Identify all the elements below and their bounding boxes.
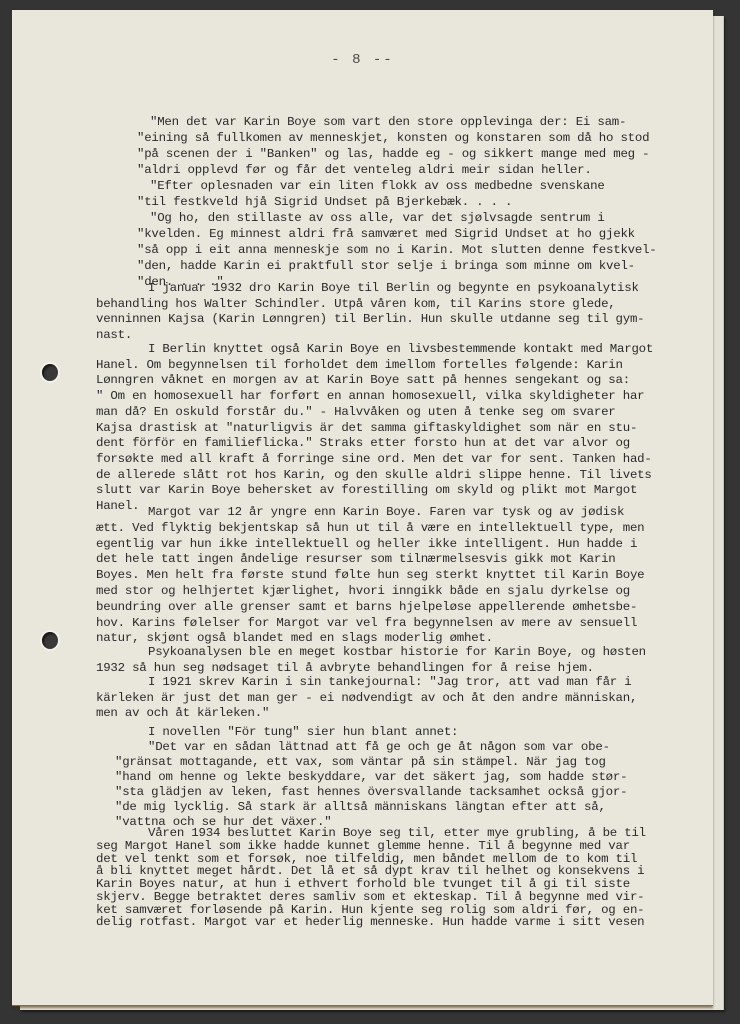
text-line: "den, hadde Karin ei praktfull stor selj… bbox=[137, 258, 635, 274]
text-line: I januar 1932 dro Karin Boye til Berlin … bbox=[148, 280, 639, 296]
text-line: "på scenen der i "Banken" og las, hadde … bbox=[137, 146, 649, 162]
text-line: Hanel. bbox=[96, 498, 139, 514]
text-line: det hele tatt ingen åndelige resurser so… bbox=[96, 551, 616, 567]
text-line: I Berlin knyttet også Karin Boye en livs… bbox=[148, 341, 653, 357]
text-line: "de mig lycklig. Så stark är alltså männ… bbox=[115, 799, 606, 815]
text-line: forsøkte med all kraft å forringe sine o… bbox=[96, 451, 652, 467]
text-line: "hand om henne og lekte beskyddare, var … bbox=[115, 769, 627, 785]
text-line: "til festkveld hjå Sigrid Undset på Bjer… bbox=[137, 194, 512, 210]
text-line: de allerede slått rot hos Karin, og den … bbox=[96, 467, 652, 483]
punch-hole-top bbox=[42, 364, 58, 381]
text-line: men av och åt kärleken." bbox=[96, 705, 269, 721]
text-line: Kajsa drastisk at "naturligvis är det sa… bbox=[96, 420, 637, 436]
text-line: Lønngren våknet en morgen av at Karin Bo… bbox=[96, 372, 630, 388]
text-line: nast. bbox=[96, 327, 132, 343]
text-line: "Det var en sådan lättnad att få ge och … bbox=[148, 739, 610, 755]
text-line: "gränsat mottagande, ett vax, som väntar… bbox=[115, 754, 606, 770]
text-line: egentlig var hun ikke intellektuell og h… bbox=[96, 536, 637, 552]
text-line: "Men det var Karin Boye som vart den sto… bbox=[150, 114, 626, 130]
text-line: "aldri opplevd før og får det venteleg a… bbox=[137, 162, 592, 178]
text-line: kärleken är just det man ger - ei nødven… bbox=[96, 690, 637, 706]
text-line: med stor og helhjertet kjærlighet, hvori… bbox=[96, 583, 630, 599]
text-line: Margot var 12 år yngre enn Karin Boye. F… bbox=[148, 504, 624, 520]
text-line: man då? En oskuld forstår du." - Halvvåk… bbox=[96, 404, 616, 420]
text-line: behandling hos Walter Schindler. Utpå vå… bbox=[96, 296, 616, 312]
text-line: "så opp i eit anna menneskje som no i Ka… bbox=[137, 242, 657, 258]
text-line: "kvelden. Eg minnest aldri frå samværet … bbox=[137, 226, 635, 242]
text-line: Hanel. Om begynnelsen til forholdet dem … bbox=[96, 357, 623, 373]
text-line: slutt var Karin Boye behersket av forest… bbox=[96, 482, 637, 498]
text-line: "eining så fullkomen av menneskjet, kons… bbox=[137, 130, 649, 146]
text-line: ætt. Ved flyktig bekjentskap så hun ut t… bbox=[96, 520, 644, 536]
text-line: hov. Karins følelser for Margot var vel … bbox=[96, 615, 637, 631]
text-line: I novellen "För tung" sier hun blant ann… bbox=[148, 724, 458, 740]
text-line: Boyes. Men helt fra første stund følte h… bbox=[96, 567, 644, 583]
text-line: " Om en homosexuell har forført en annan… bbox=[96, 388, 644, 404]
punch-hole-bottom bbox=[42, 632, 58, 649]
text-line: beundring over alle grenser samt et barn… bbox=[96, 599, 637, 615]
text-line: delig rotfast. Margot var et hederlig me… bbox=[96, 914, 644, 930]
text-line: venninnen Kajsa (Karin Lønngren) til Ber… bbox=[96, 311, 644, 327]
document-page: - 8 -- "Men det var Karin Boye som vart … bbox=[12, 10, 713, 1006]
text-line: I 1921 skrev Karin i sin tankejournal: "… bbox=[148, 674, 631, 690]
text-line: Psykoanalysen ble en meget kostbar histo… bbox=[148, 644, 646, 660]
text-line: "Og ho, den stillaste av oss alle, var d… bbox=[150, 210, 605, 226]
text-line: "sta glädjen av leken, fast hennes övers… bbox=[115, 784, 627, 800]
text-line: "Efter oplesnaden var ein liten flokk av… bbox=[150, 178, 605, 194]
page-number: - 8 -- bbox=[12, 52, 713, 68]
text-line: dent förför en familieflicka." Straks et… bbox=[96, 435, 630, 451]
